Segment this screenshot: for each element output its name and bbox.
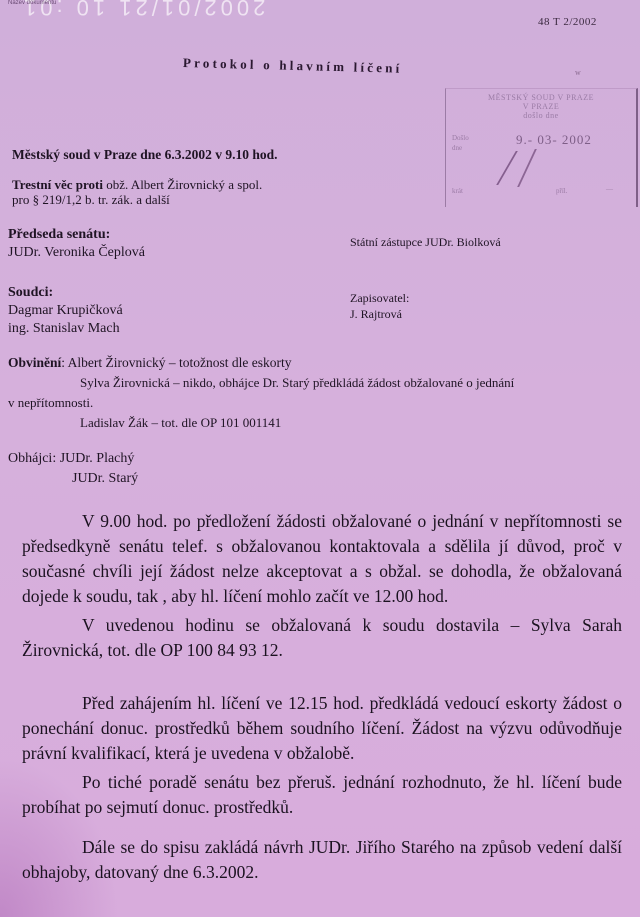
accused-second: Sylva Žirovnická – nikdo, obhájce Dr. St… — [80, 375, 514, 391]
paragraph-3: Před zahájením hl. líčení ve 12.15 hod. … — [22, 691, 622, 766]
prosecutor: Státní zástupce JUDr. Biolková — [350, 235, 501, 250]
stamp-date: 9.- 03- 2002 — [516, 132, 592, 148]
paragraph-2: V uvedenou hodinu se obžalovaná k soudu … — [22, 613, 622, 663]
defenders-label-line: Obhájci: JUDr. Plachý — [8, 451, 134, 467]
paragraph-2-text: V uvedenou hodinu se obžalovaná k soudu … — [22, 615, 622, 660]
paragraph-5: Dále se do spisu zakládá návrh JUDr. Jiř… — [22, 835, 622, 885]
case-line: Trestní věc proti obž. Albert Žirovnický… — [12, 177, 262, 193]
paragraph-5-text: Dále se do spisu zakládá návrh JUDr. Jiř… — [22, 837, 622, 882]
recorder-label: Zapisovatel: — [350, 291, 409, 306]
stamp-label-count: krát — [452, 187, 463, 195]
case-label: Trestní věc proti — [12, 177, 103, 192]
case-defendants: obž. Albert Žirovnický a spol. — [106, 177, 262, 192]
stamp-court-name: MĚSTSKÝ SOUD V PRAZE — [446, 93, 636, 102]
presiding-judge-name: JUDr. Veronika Čeplová — [8, 245, 145, 261]
recorder-name: J. Rajtrová — [350, 307, 402, 322]
court-receipt-stamp: MĚSTSKÝ SOUD V PRAZE V PRAZE došlo dne D… — [445, 88, 638, 207]
paragraph-4-text: Po tiché poradě senátu bez přeruš. jedná… — [22, 772, 622, 817]
document-page: 2002/01/21 10 :01 Název dokumentu 48 T 2… — [0, 0, 640, 917]
stamp-received-note: došlo dne — [446, 111, 636, 120]
defender-name-1: JUDr. Plachý — [60, 451, 135, 466]
judge-name-1: Dagmar Krupičková — [8, 303, 123, 319]
stamp-label-received: Došlo — [452, 134, 469, 142]
accused-line-1: Obvinění: Albert Žirovnický – totožnost … — [8, 355, 292, 371]
stamp-label-attachments: příl. — [556, 187, 567, 195]
bleed-small-text: Název dokumentu — [8, 0, 56, 6]
defender-name-2: JUDr. Starý — [72, 471, 138, 487]
judge-name-2: ing. Stanislav Mach — [8, 321, 120, 337]
court-session-line: Městský soud v Praze dne 6.3.2002 v 9.10… — [12, 147, 278, 163]
accused-third: Ladislav Žák – tot. dle OP 101 001141 — [80, 415, 281, 431]
stamp-label-extra: — — [606, 185, 613, 193]
accused-second-cont: v nepřítomnosti. — [8, 395, 93, 411]
case-charges: pro § 219/1,2 b. tr. zák. a další — [12, 192, 170, 208]
paragraph-4: Po tiché poradě senátu bez přeruš. jedná… — [22, 770, 622, 820]
defenders-label: Obhájci: — [8, 451, 56, 466]
corner-mark: w — [575, 68, 581, 77]
paragraph-1: V 9.00 hod. po předložení žádosti obžalo… — [22, 509, 622, 609]
paragraph-1-text: V 9.00 hod. po předložení žádosti obžalo… — [22, 511, 622, 606]
stamp-court-city: V PRAZE — [446, 102, 636, 111]
file-number: 48 T 2/2002 — [538, 16, 597, 28]
accused-label: Obvinění — [8, 355, 61, 370]
presiding-judge-label: Předseda senátu: — [8, 227, 110, 243]
stamp-label-day: dne — [452, 144, 462, 152]
document-title: Protokol o hlavním líčení — [183, 55, 403, 77]
judges-label: Soudci: — [8, 285, 53, 301]
bleed-through-text: 2002/01/21 10 :01 — [20, 0, 265, 20]
accused-first: : Albert Žirovnický – totožnost dle esko… — [61, 355, 291, 370]
paragraph-3-text: Před zahájením hl. líčení ve 12.15 hod. … — [22, 693, 622, 763]
